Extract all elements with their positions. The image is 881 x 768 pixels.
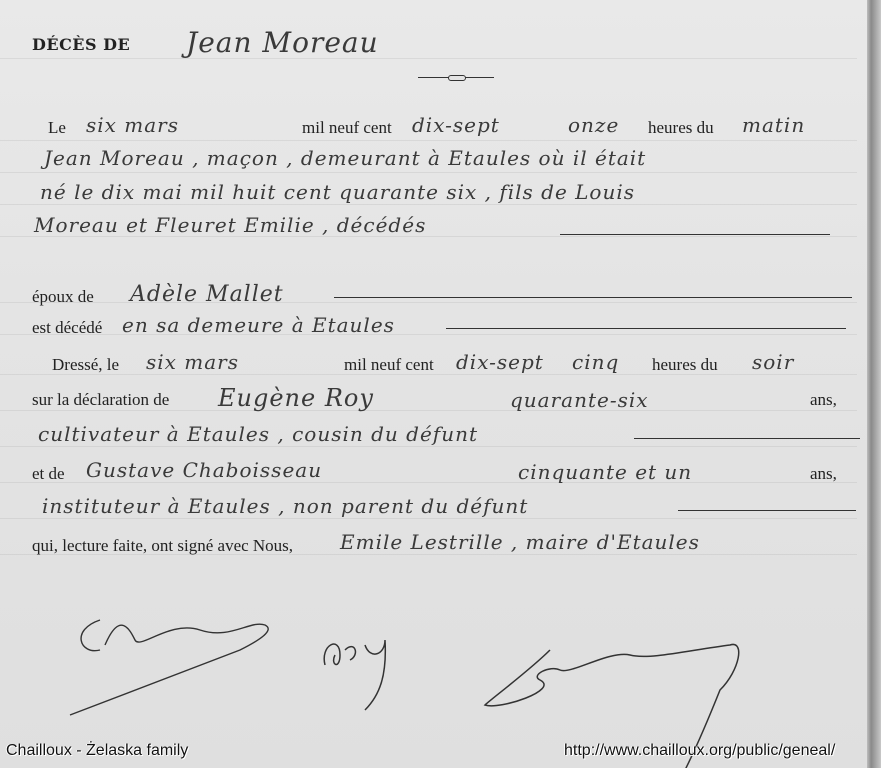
death-day-month: six mars [86, 113, 179, 137]
label-heures-du: heures du [648, 118, 714, 138]
death-period: matin [742, 113, 805, 137]
fill-line [678, 510, 856, 511]
label-dresse-le: Dressé, le [52, 355, 119, 375]
record-line-3: né le dix mai mil huit cent quarante six… [40, 180, 635, 204]
label-le: Le [48, 118, 66, 138]
declarant1-age: quarante-six [510, 388, 649, 412]
watermark-url[interactable]: http://www.chailloux.org/public/geneal/ [564, 742, 835, 760]
label-ans-2: ans, [810, 464, 837, 484]
watermark-family: Chailloux - Żelaska family [6, 742, 188, 760]
declarant2-age: cinquante et un [518, 460, 692, 484]
record-line-4: Moreau et Fleuret Emilie , décédés [34, 213, 426, 237]
declarant2-name: Gustave Chaboisseau [86, 458, 322, 482]
declarant1-details: cultivateur à Etaules , cousin du défunt [38, 422, 478, 446]
declarant2-details: instituteur à Etaules , non parent du dé… [42, 494, 528, 518]
fill-line [334, 297, 852, 298]
record-year: dix-sept [456, 350, 544, 374]
signature-roy [315, 625, 405, 725]
record-hour: cinq [572, 350, 619, 374]
place-of-death: en sa demeure à Etaules [122, 313, 395, 337]
fill-line [446, 328, 846, 329]
label-epoux-de: époux de [32, 287, 94, 307]
signature-chaboisseau [60, 600, 290, 720]
record-line-2: Jean Moreau , maçon , demeurant à Etaule… [44, 146, 646, 170]
death-hour: onze [568, 113, 619, 137]
record-day-month: six mars [146, 350, 239, 374]
label-qui-lecture: qui, lecture faite, ont signé avec Nous, [32, 536, 293, 556]
label-sur-la-declaration: sur la déclaration de [32, 390, 169, 410]
label-ans-1: ans, [810, 390, 837, 410]
label-est-decede: est décédé [32, 318, 102, 338]
label-mil-neuf-cent-2: mil neuf cent [344, 355, 434, 375]
record-period: soir [752, 350, 794, 374]
deceased-heading: Jean Moreau [186, 26, 379, 59]
declarant1-name: Eugène Roy [218, 384, 374, 412]
officer-name: Emile Lestrille , maire d'Etaules [340, 530, 700, 554]
death-year: dix-sept [412, 113, 500, 137]
fill-line [634, 438, 860, 439]
fill-line [560, 234, 830, 235]
ornament-divider [418, 74, 494, 80]
label-et-de: et de [32, 464, 65, 484]
record-page: DÉCÈS DE Jean Moreau Le six mars mil neu… [0, 0, 867, 768]
page-edge [867, 0, 881, 768]
spouse-name: Adèle Mallet [130, 282, 284, 307]
label-heures-du-2: heures du [652, 355, 718, 375]
record-title: DÉCÈS DE [32, 35, 130, 54]
label-mil-neuf-cent: mil neuf cent [302, 118, 392, 138]
